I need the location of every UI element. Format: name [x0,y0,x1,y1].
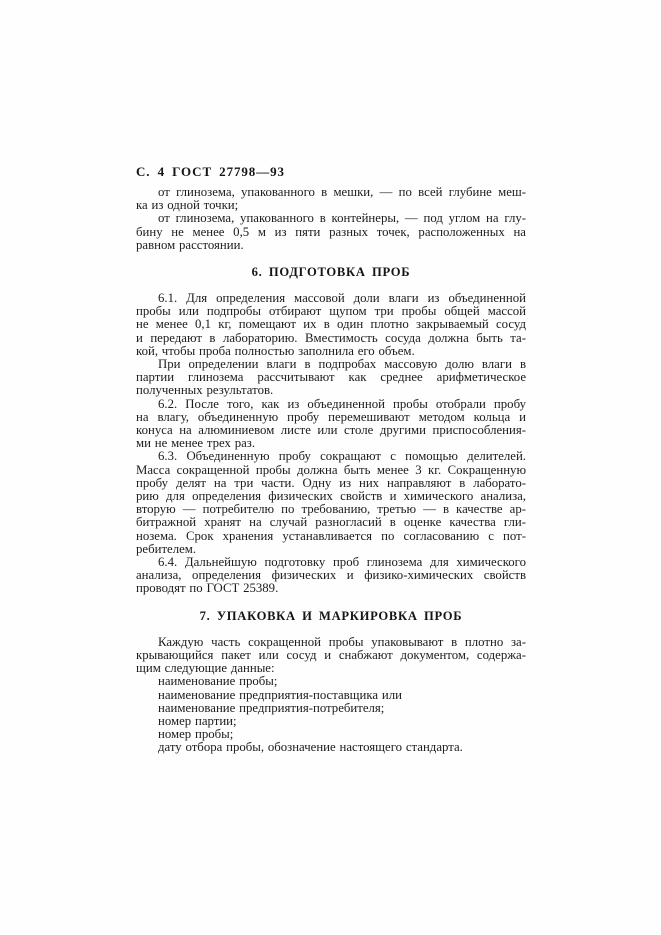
paragraph-line: проводят по ГОСТ 25389. [136,582,526,595]
list-item: наименование пробы; [136,675,526,688]
paragraph-line: 6.3. Объединенную пробу сокращают с помо… [136,450,526,463]
paragraph-line: нозема. Срок хранения устанавливается по… [136,530,526,543]
paragraph: 6.3. Объединенную пробу сокращают с помо… [136,450,526,556]
section-heading: 7. УПАКОВКА И МАРКИРОВКА ПРОБ [136,609,526,624]
document-page: С. 4 ГОСТ 27798—93 от глинозема, упакова… [0,0,661,935]
list-item: наименование предприятия-поставщика или [136,689,526,702]
paragraph: от глинозема, упакованного в контейнеры,… [136,212,526,252]
paragraph: Каждую часть сокращенной пробы упаковыва… [136,636,526,676]
paragraph-line: Каждую часть сокращенной пробы упаковыва… [136,636,526,649]
list-item: дату отбора пробы, обозначение настоящег… [136,741,526,754]
paragraph-line: битражной хранят на случай разногласий в… [136,516,526,529]
section-heading: 6. ПОДГОТОВКА ПРОБ [136,265,526,280]
paragraph-line: бину не менее 0,5 м из пяти разных точек… [136,226,526,239]
paragraph-line: Масса сокращенной пробы должна быть мене… [136,464,526,477]
paragraph: от глинозема, упакованного в мешки, — по… [136,186,526,212]
paragraph-line: не менее 0,1 кг, помещают их в один плот… [136,318,526,331]
paragraph-line: равном расстоянии. [136,239,526,252]
paragraph: 6.4. Дальнейшую подготовку проб глинозем… [136,556,526,596]
paragraph: При определении влаги в подпробах массов… [136,358,526,398]
paragraph-line: от глинозема, упакованного в контейнеры,… [136,212,526,225]
paragraph: 6.1. Для определения массовой доли влаги… [136,292,526,358]
page-header: С. 4 ГОСТ 27798—93 [136,164,285,180]
paragraph-line: полученных результатов. [136,384,526,397]
paragraph: 6.2. После того, как из объединенной про… [136,398,526,451]
paragraph-line: 6.2. После того, как из объединенной про… [136,398,526,411]
document-content: от глинозема, упакованного в мешки, — по… [136,186,526,755]
list-item: наименование предприятия-потребителя; [136,702,526,715]
paragraph-line: и передают в лабораторию. Вместимость со… [136,332,526,345]
